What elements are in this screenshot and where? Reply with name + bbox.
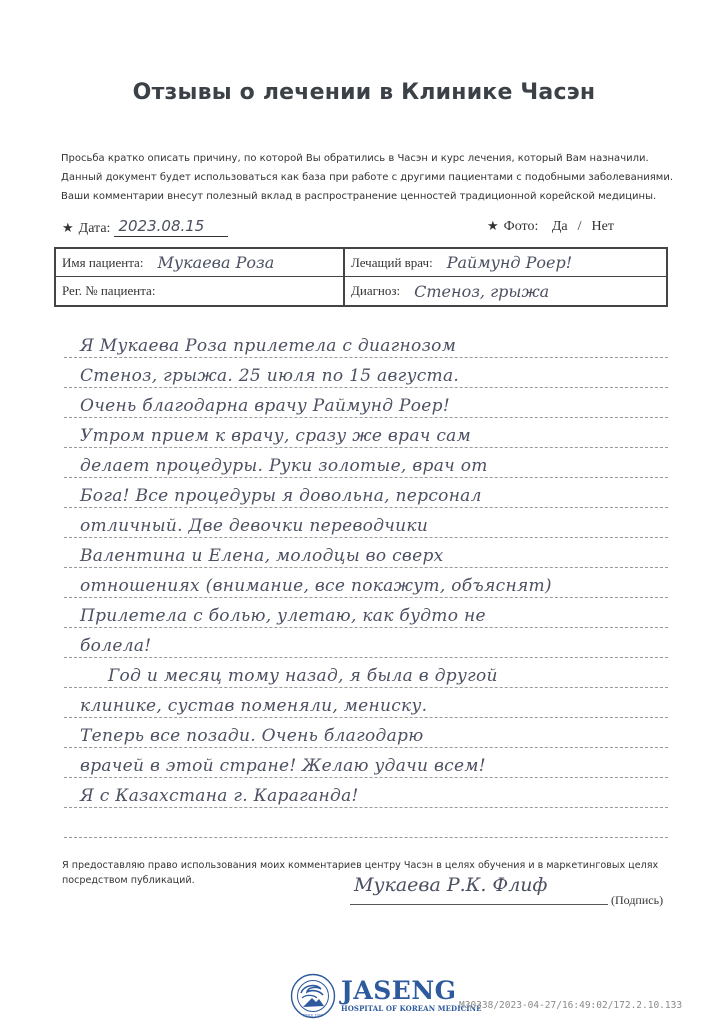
ruled-line: Очень благодарна врачу Раймунд Роер! (64, 388, 668, 418)
doctor-label: Лечащий врач: (351, 255, 433, 271)
ruled-line (64, 808, 668, 838)
intro-line: Просьба кратко описать причину, по котор… (61, 149, 701, 168)
diagnosis-label: Диагноз: (351, 283, 400, 299)
ruled-line: Утром прием к врачу, сразу же врач сам (64, 418, 668, 448)
review-line-text: делает процедуры. Руки золотые, врач от (80, 456, 488, 476)
ruled-line: клинике, сустав поменяли, мениску. (64, 688, 668, 718)
ruled-line: Год и месяц тому назад, я была в другой (64, 658, 668, 688)
document-stamp: M30338/2023-04-27/16:49:02/172.2.10.133 (459, 1000, 682, 1011)
star-icon: ★ (487, 218, 499, 233)
review-line-text: врачей в этой стране! Желаю удачи всем! (80, 756, 486, 776)
review-line-text: Я с Казахстана г. Караганда! (80, 786, 359, 806)
diagnosis-value: Стеноз, грыжа (414, 282, 549, 301)
ruled-line: Теперь все позади. Очень благодарю (64, 718, 668, 748)
date-field: ★Дата:2023.08.15 (62, 218, 228, 237)
review-line-text: отличный. Две девочки переводчики (80, 516, 428, 536)
review-line-text: Валентина и Елена, молодцы во сверх (80, 546, 444, 566)
reg-number-cell[interactable]: Рег. № пациента: (56, 277, 344, 305)
review-line-text: Теперь все позади. Очень благодарю (80, 726, 424, 746)
ruled-line: Я Мукаева Роза прилетела с диагнозом (64, 328, 668, 358)
patient-name-cell[interactable]: Имя пациента: Мукаева Роза (56, 249, 344, 277)
date-label: Дата: (79, 221, 111, 236)
review-line-text: Стеноз, грыжа. 25 июля по 15 августа. (80, 366, 459, 386)
review-line-text: клинике, сустав поменяли, мениску. (80, 696, 427, 716)
patient-name-label: Имя пациента: (62, 255, 143, 271)
photo-option-no[interactable]: Нет (592, 219, 614, 234)
ruled-line: Я с Казахстана г. Караганда! (64, 778, 668, 808)
jaseng-emblem-icon: SINCE 1990 (290, 973, 336, 1019)
signature-value: Мукаева Р.К. Флиф (354, 874, 547, 896)
ruled-line: Прилетела с болью, улетаю, как будто не (64, 598, 668, 628)
review-text-area[interactable]: Я Мукаева Роза прилетела с диагнозомСтен… (64, 328, 668, 838)
intro-text: Просьба кратко описать причину, по котор… (61, 149, 701, 206)
ruled-line: болела! (64, 628, 668, 658)
doctor-cell[interactable]: Лечащий врач: Раймунд Роер! (344, 249, 666, 277)
signature-field[interactable]: Мукаева Р.К. Флиф (Подпись) (350, 874, 710, 910)
logo-ring-text: SINCE 1990 (303, 1014, 323, 1018)
reg-number-label: Рег. № пациента: (62, 283, 155, 299)
patient-info-table: Имя пациента: Мукаева Роза Лечащий врач:… (54, 247, 668, 307)
review-line-text: Год и месяц тому назад, я была в другой (108, 666, 498, 686)
ruled-line: Валентина и Елена, молодцы во сверх (64, 538, 668, 568)
photo-label: Фото: (504, 219, 539, 234)
photo-field: ★Фото: Да/Нет (487, 218, 614, 235)
signature-label: (Подпись) (611, 893, 663, 908)
date-value[interactable]: 2023.08.15 (114, 218, 228, 237)
ruled-line: врачей в этой стране! Желаю удачи всем! (64, 748, 668, 778)
review-line-text: Прилетела с болью, улетаю, как будто не (80, 606, 486, 626)
ruled-line: Бога! Все процедуры я довольна, персонал (64, 478, 668, 508)
patient-name-value: Мукаева Роза (157, 253, 274, 272)
review-line-text: отношениях (внимание, все покажут, объяс… (80, 576, 552, 596)
diagnosis-cell[interactable]: Диагноз: Стеноз, грыжа (344, 277, 666, 305)
review-line-text: болела! (80, 636, 151, 656)
review-line-text: Я Мукаева Роза прилетела с диагнозом (80, 336, 456, 356)
intro-line: Данный документ будет использоваться как… (61, 168, 701, 187)
review-line-text: Очень благодарна врачу Раймунд Роер! (80, 396, 450, 416)
ruled-line: Стеноз, грыжа. 25 июля по 15 августа. (64, 358, 668, 388)
ruled-line: отношениях (внимание, все покажут, объяс… (64, 568, 668, 598)
photo-separator: / (578, 219, 582, 234)
signature-line (350, 904, 608, 905)
ruled-line: отличный. Две девочки переводчики (64, 508, 668, 538)
intro-line: Ваши комментарии внесут полезный вклад в… (61, 187, 701, 206)
star-icon: ★ (62, 220, 74, 235)
review-line-text: Бога! Все процедуры я довольна, персонал (80, 486, 482, 506)
review-line-text: Утром прием к врачу, сразу же врач сам (80, 426, 471, 446)
photo-option-yes[interactable]: Да (552, 219, 568, 234)
page-title: Отзывы о лечении в Клинике Часэн (0, 80, 728, 105)
doctor-value: Раймунд Роер! (447, 253, 572, 272)
ruled-line: делает процедуры. Руки золотые, врач от (64, 448, 668, 478)
